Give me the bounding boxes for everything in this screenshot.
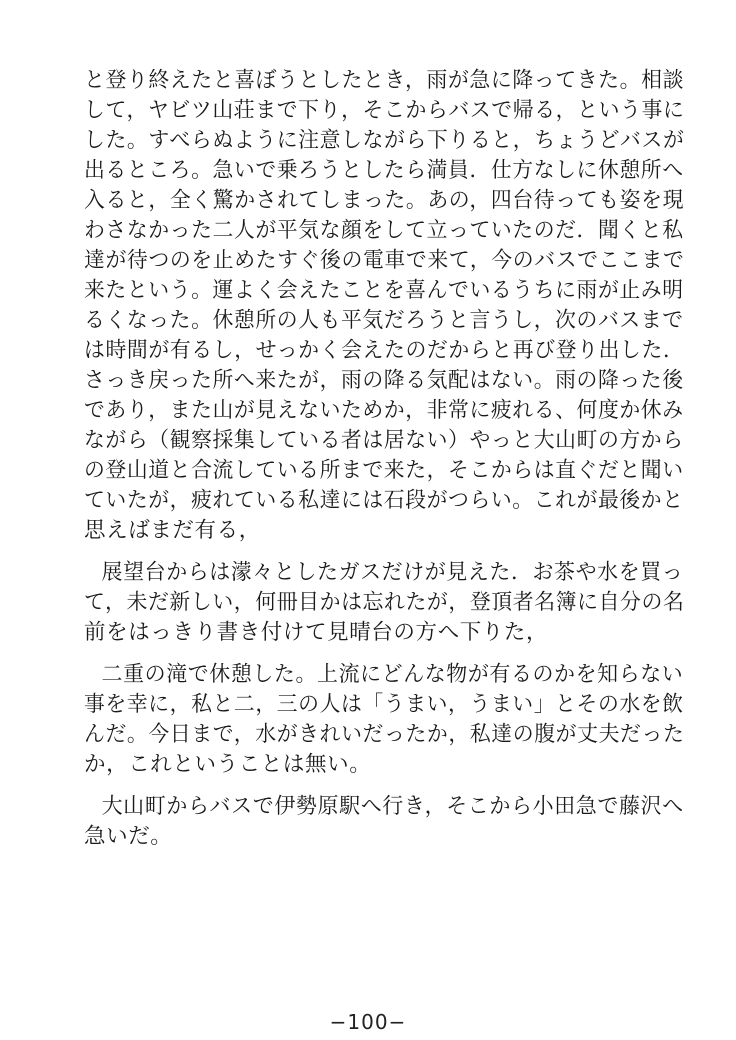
text-line: ながら（観察採集している者は居ない）やっと大山町の方から bbox=[84, 426, 665, 456]
document-page: と登り終えたと喜ぼうとしたとき，雨が急に降ってきた。相談 して，ヤビツ山荘まで下… bbox=[0, 0, 736, 1040]
text-line: さっき戻った所へ来たが，雨の降る気配はない。雨の降った後 bbox=[84, 366, 665, 396]
text-line: 二重の滝で休憩した。上流にどんな物が有るのかを知らない bbox=[84, 660, 669, 690]
text-line: 事を幸に，私と二，三の人は「うまい，うまい」とその水を飲 bbox=[84, 690, 665, 720]
text-line: 展望台からは濛々としたガスだけが見えた．お茶や水を買っ bbox=[84, 558, 669, 588]
text-line: 入ると，全く驚かされてしまった。あの，四台待っても姿を現 bbox=[84, 186, 667, 216]
text-line: ていたが，疲れている私達には石段がつらい。これが最後かと bbox=[84, 486, 665, 516]
text-line: 前をはっきり書き付けて見晴台の方へ下りた， bbox=[84, 618, 684, 648]
text-line: した。すべらぬように注意しながら下りると，ちょうどバスが bbox=[84, 126, 667, 156]
text-line: 思えばまだ有る， bbox=[84, 516, 684, 546]
text-line: か，これということは無い。 bbox=[84, 750, 684, 780]
page-number: −100− bbox=[0, 1010, 736, 1034]
text-line: 急いだ。 bbox=[84, 822, 684, 852]
handwritten-body-text: と登り終えたと喜ぼうとしたとき，雨が急に降ってきた。相談 して，ヤビツ山荘まで下… bbox=[84, 66, 684, 852]
text-line: 大山町からバスで伊勢原駅へ行き，そこから小田急で藤沢へ bbox=[84, 792, 670, 822]
text-line: の登山道と合流している所まで来た，そこからは直ぐだと聞い bbox=[84, 456, 665, 486]
text-line: と登り終えたと喜ぼうとしたとき，雨が急に降ってきた。相談 bbox=[84, 66, 667, 96]
text-line: であり，また山が見えないためか，非常に疲れる、何度か休み bbox=[84, 396, 665, 426]
text-line: して，ヤビツ山荘まで下り，そこからバスで帰る，という事に bbox=[84, 96, 667, 126]
text-line: るくなった。休憩所の人も平気だろうと言うし，次のバスまで bbox=[84, 306, 665, 336]
text-line: 出るところ。急いで乗ろうとしたら満員．仕方なしに休憩所へ bbox=[84, 156, 665, 186]
text-line: 達が待つのを止めたすぐ後の電車で来て，今のバスでここまで bbox=[84, 246, 667, 276]
text-line: て，未だ新しい，何冊目かは忘れたが，登頂者名簿に自分の名 bbox=[84, 588, 667, 618]
text-line: 来たという。運よく会えたことを喜んでいるうちに雨が止み明 bbox=[84, 276, 665, 306]
text-line: わさなかった二人が平気な顔をして立っていたのだ．聞くと私 bbox=[84, 216, 665, 246]
text-line: は時間が有るし，せっかく会えたのだからと再び登り出した． bbox=[84, 336, 667, 366]
text-line: んだ。今日まで，水がきれいだったか，私達の腹が丈夫だった bbox=[84, 720, 667, 750]
